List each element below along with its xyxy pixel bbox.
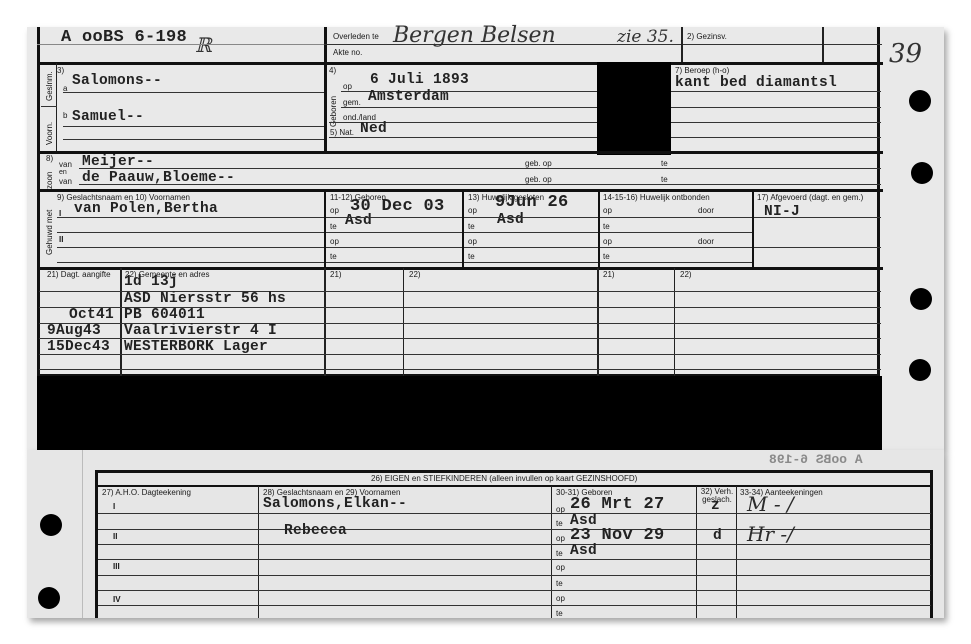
divider	[324, 268, 326, 376]
rule	[326, 262, 462, 263]
col21-label: 21)	[603, 270, 615, 279]
rule	[63, 126, 325, 127]
rule	[98, 529, 931, 530]
divider	[674, 268, 675, 376]
spouse-name: van Polen,Bertha	[74, 201, 218, 217]
divider	[324, 190, 326, 267]
te-label: te	[556, 519, 563, 528]
rule	[326, 247, 462, 248]
rule	[98, 513, 931, 514]
rule	[79, 168, 881, 169]
marriage-dissolved-header: 14-15-16) Huwelijk ontbonden	[603, 193, 710, 202]
punch-hole	[40, 514, 62, 536]
rule	[600, 232, 752, 233]
rule	[37, 189, 883, 192]
child-sex: z	[711, 498, 720, 514]
op-label: op	[330, 206, 339, 215]
rule	[57, 217, 325, 218]
divider	[120, 268, 122, 376]
rule	[98, 559, 931, 560]
child-born-place: Asd	[570, 543, 597, 559]
birth-place-value: Amsterdam	[368, 89, 449, 105]
divider	[462, 190, 464, 267]
rule	[79, 184, 881, 185]
mirrored-card-id: A ooBS 6-198	[769, 452, 863, 467]
rule	[754, 217, 881, 218]
beroep-value: kant bed diamantsl	[675, 75, 837, 91]
overleden-label: Overleden te	[333, 32, 379, 41]
rule	[464, 217, 598, 218]
father-geb-op-label: geb. op	[525, 159, 552, 168]
gehuwd-met-side-label: Gehuwd met	[45, 210, 54, 255]
rule	[41, 106, 57, 107]
divider	[598, 190, 600, 267]
address-date: Oct41	[69, 307, 114, 323]
divider	[56, 63, 57, 151]
address-date-header: 21) Dagt. aangifte	[47, 270, 111, 279]
mother-te-label: te	[661, 175, 668, 184]
child-note: Hr -/	[747, 522, 794, 546]
rule	[57, 262, 325, 263]
rule	[37, 62, 883, 65]
rule	[464, 262, 598, 263]
rule	[600, 262, 752, 263]
address-value: WESTERBORK Lager	[124, 339, 268, 355]
redacted-block	[597, 62, 671, 155]
divider	[403, 268, 404, 376]
field-number-4: 4)	[329, 66, 336, 75]
child-name: Salomons,Elkan--	[263, 496, 407, 512]
spouse-born-place: Asd	[345, 213, 372, 229]
rule	[98, 575, 931, 576]
rule	[341, 107, 597, 108]
op-label: op	[468, 206, 477, 215]
registration-card-front: A ooBS 6-198 ℝ Overleden te Bergen Belse…	[27, 27, 944, 450]
akte-no-label: Akte no.	[333, 48, 362, 57]
children-section-title: 26) EIGEN en STIEFKINDEREN (alleen invul…	[371, 474, 637, 483]
rule	[98, 544, 931, 545]
op-label: op	[556, 534, 565, 543]
nationality-value: Ned	[360, 121, 387, 137]
punch-hole	[911, 162, 933, 184]
col22-label: 22)	[680, 270, 692, 279]
divider	[752, 190, 754, 267]
field-number-3: 3)	[57, 66, 64, 75]
b-mark: b	[63, 111, 67, 120]
redacted-band	[37, 376, 882, 450]
divider	[736, 486, 737, 618]
te-label: te	[556, 609, 563, 618]
punch-hole	[909, 359, 931, 381]
rule	[464, 232, 598, 233]
rule	[57, 232, 325, 233]
rule	[671, 137, 881, 138]
birth-date-value: 6 Juli 1893	[370, 72, 469, 88]
deported-header: 17) Afgevoerd (dagt. en gem.)	[757, 193, 863, 202]
col22-label: 22)	[409, 270, 421, 279]
child-born-date: 26 Mrt 27	[570, 495, 665, 514]
address-value: Vaalrivierstr 4 I	[124, 323, 277, 339]
divider	[822, 27, 824, 63]
gezinsv-label: 2) Gezinsv.	[687, 32, 727, 41]
op-label: op	[468, 237, 477, 246]
rule	[671, 107, 881, 108]
van-label: van	[59, 177, 72, 186]
rule	[63, 92, 325, 93]
mother-geb-op-label: geb. op	[525, 175, 552, 184]
col21-label: 21)	[330, 270, 342, 279]
rule	[37, 151, 883, 154]
te-label: te	[603, 252, 610, 261]
child-roman: I	[113, 502, 115, 511]
op-label: op	[556, 505, 565, 514]
aho-header: 27) A.H.O. Dagteekening	[102, 488, 191, 497]
marriage-closed-place: Asd	[497, 212, 524, 228]
given-name-value: Samuel--	[72, 109, 144, 125]
door-label: door	[698, 237, 714, 246]
address-date: 15Dec43	[47, 339, 110, 355]
divider	[597, 268, 599, 376]
voorn-side-label: Voorn.	[45, 122, 54, 145]
child-name: Rebecca	[284, 523, 347, 539]
op-label: op	[556, 563, 565, 572]
rule	[464, 247, 598, 248]
op-label: op	[343, 82, 352, 91]
marriage-closed-date: 9Jun 26	[495, 193, 569, 212]
registration-card-back: A ooBS 6-198 26) EIGEN en STIEFKINDEREN …	[27, 450, 944, 618]
van-label: van	[59, 160, 72, 169]
op-label: op	[603, 206, 612, 215]
rule	[326, 232, 462, 233]
op-label: op	[556, 594, 565, 603]
zoon-side-label: zoon	[45, 172, 54, 189]
divider	[696, 486, 697, 618]
address-value: 1d 13j	[124, 274, 178, 290]
divider	[258, 486, 259, 618]
gem-label: gem.	[343, 98, 361, 107]
te-label: te	[468, 252, 475, 261]
rule	[600, 247, 752, 248]
address-date: 9Aug43	[47, 323, 101, 339]
rule	[600, 217, 752, 218]
rule	[671, 91, 881, 92]
divider	[324, 63, 327, 152]
divider	[551, 486, 552, 618]
te-label: te	[330, 222, 337, 231]
child-roman: II	[113, 532, 117, 541]
father-te-label: te	[661, 159, 668, 168]
rule	[57, 247, 325, 248]
te-label: te	[556, 549, 563, 558]
page-number: 39	[889, 39, 922, 69]
marriage-row-ii: II	[59, 235, 63, 244]
rule	[39, 354, 881, 355]
rule	[63, 139, 325, 140]
rule	[95, 485, 933, 487]
door-label: door	[698, 206, 714, 215]
rule	[671, 122, 881, 123]
rule	[754, 247, 881, 248]
te-label: te	[468, 222, 475, 231]
address-value: PB 604011	[124, 307, 205, 323]
op-label: op	[603, 237, 612, 246]
field-number-8: 8)	[46, 154, 53, 163]
te-label: te	[330, 252, 337, 261]
child-roman: IV	[113, 595, 121, 604]
rule	[39, 369, 881, 370]
child-note: M - /	[747, 492, 794, 516]
rule	[324, 44, 882, 45]
punch-hole	[909, 90, 931, 112]
strip-edge	[82, 450, 83, 618]
te-label: te	[603, 222, 610, 231]
divider	[324, 27, 327, 63]
rule	[37, 44, 324, 45]
rule	[326, 217, 462, 218]
te-label: te	[556, 579, 563, 588]
nat-label: 5) Nat.	[330, 128, 354, 137]
child-sex: d	[713, 528, 722, 544]
surname-value: Salomons--	[72, 73, 162, 89]
rule	[98, 590, 931, 591]
en-label: en	[59, 169, 67, 176]
handwritten-mark: ℝ	[195, 33, 212, 57]
punch-hole	[38, 587, 60, 609]
divider	[681, 27, 683, 63]
beroep-label: 7) Beroep (h-o)	[675, 66, 729, 75]
punch-hole	[910, 288, 932, 310]
address-value: ASD Niersstr 56 hs	[124, 291, 286, 307]
op-label: op	[330, 237, 339, 246]
rule	[329, 137, 597, 138]
geslnm-side-label: Geslnm.	[45, 71, 54, 101]
child-roman: III	[113, 562, 120, 571]
rule	[98, 605, 931, 606]
